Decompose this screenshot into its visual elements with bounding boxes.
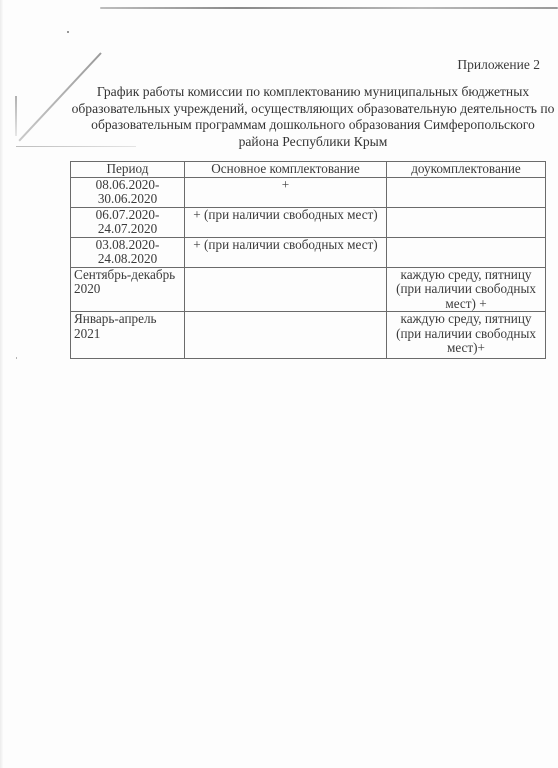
period-line: 06.07.2020- [74, 208, 181, 223]
period-line: 30.06.2020 [74, 192, 181, 207]
period-line: Сентябрь-декабрь [74, 268, 181, 283]
period-line: 03.08.2020- [74, 238, 181, 253]
additional-staffing-cell [387, 207, 546, 237]
title-line: образовательным программам дошкольного о… [70, 117, 556, 134]
period-line: 2020 [74, 282, 181, 297]
period-line: 2021 [74, 327, 181, 342]
additional-staffing-cell: каждую среду, пятницу (при наличии свобо… [387, 267, 546, 312]
main-staffing-cell: + [185, 177, 387, 207]
schedule-table: Период Основное комплектование доукомпле… [70, 161, 546, 359]
table-row: Январь-апрель 2021 каждую среду, пятницу… [71, 312, 546, 359]
main-staffing-cell: + (при наличии свободных мест) [185, 237, 387, 267]
scan-speck [67, 31, 69, 33]
main-staffing-cell [185, 312, 387, 359]
title-line: района Республики Крым [70, 134, 556, 151]
period-cell: Январь-апрель 2021 [71, 312, 185, 359]
header-period: Период [71, 162, 185, 178]
additional-staffing-cell: каждую среду, пятницу (при наличии свобо… [387, 312, 546, 359]
period-line: 24.08.2020 [74, 252, 181, 267]
appendix-label: Приложение 2 [457, 57, 540, 73]
additional-line: мест) + [390, 297, 542, 312]
main-staffing-cell: + (при наличии свободных мест) [185, 207, 387, 237]
document-title: График работы комиссии по комплектованию… [70, 84, 556, 150]
fold-line [100, 7, 558, 9]
additional-line: мест)+ [390, 341, 542, 356]
additional-line: каждую среду, пятницу [390, 268, 542, 283]
additional-line: (при наличии свободных [390, 327, 542, 342]
period-cell: 08.06.2020- 30.06.2020 [71, 177, 185, 207]
main-staffing-cell [185, 267, 387, 312]
period-line: Январь-апрель [74, 312, 181, 327]
period-line: 08.06.2020- [74, 178, 181, 193]
table-row: 06.07.2020- 24.07.2020 + (при наличии св… [71, 207, 546, 237]
scan-speck [16, 357, 17, 359]
additional-staffing-cell [387, 177, 546, 207]
header-additional-staffing: доукомплектование [387, 162, 546, 178]
scan-edge [0, 0, 3, 768]
period-line: 24.07.2020 [74, 222, 181, 237]
title-line: График работы комиссии по комплектованию… [70, 84, 556, 101]
header-main-staffing: Основное комплектование [185, 162, 387, 178]
table-header-row: Период Основное комплектование доукомпле… [71, 162, 546, 178]
table-row: Сентябрь-декабрь 2020 каждую среду, пятн… [71, 267, 546, 312]
additional-staffing-cell [387, 237, 546, 267]
period-cell: Сентябрь-декабрь 2020 [71, 267, 185, 312]
additional-line: (при наличии свободных [390, 282, 542, 297]
table-row: 08.06.2020- 30.06.2020 + [71, 177, 546, 207]
additional-line: каждую среду, пятницу [390, 312, 542, 327]
period-cell: 03.08.2020- 24.08.2020 [71, 237, 185, 267]
period-cell: 06.07.2020- 24.07.2020 [71, 207, 185, 237]
fold-line-vertical [15, 96, 17, 136]
title-line: образовательных учреждений, осуществляющ… [70, 101, 556, 118]
table-row: 03.08.2020- 24.08.2020 + (при наличии св… [71, 237, 546, 267]
